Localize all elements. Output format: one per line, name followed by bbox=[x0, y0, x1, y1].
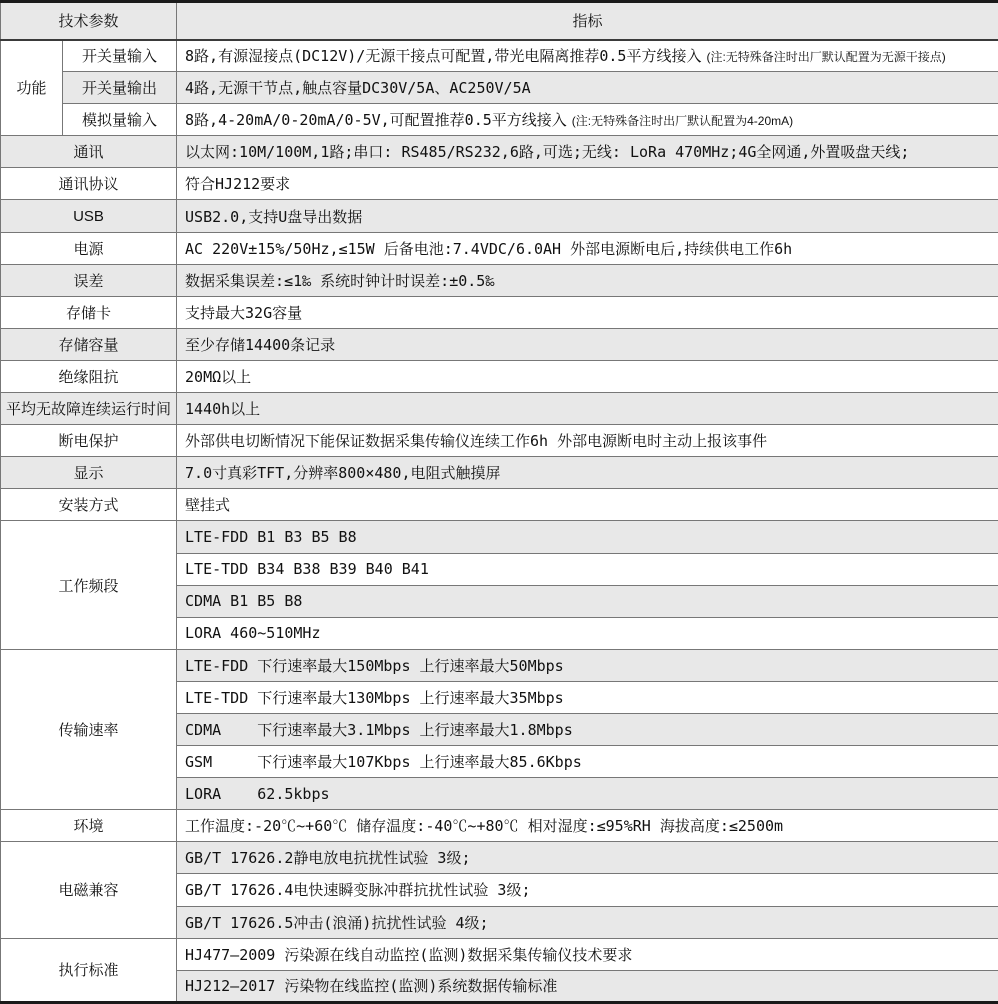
row-value: HJ212—2017 污染物在线监控(监测)系统数据传输标准 bbox=[185, 977, 557, 995]
row-value-cell: LORA 460~510MHz bbox=[177, 617, 998, 649]
row-value-cell: 以太网:10M/100M,1路;串口: RS485/RS232,6路,可选;无线… bbox=[177, 136, 998, 168]
row-sublabel: 开关量输出 bbox=[63, 72, 177, 104]
row-value: GB/T 17626.2静电放电抗扰性试验 3级; bbox=[185, 849, 470, 867]
row-value: USB2.0,支持U盘导出数据 bbox=[185, 208, 362, 226]
header-row: 技术参数 指标 bbox=[1, 2, 998, 40]
row-value-cell: GB/T 17626.5冲击(浪涌)抗扰性试验 4级; bbox=[177, 906, 998, 938]
row-label: 平均无故障连续运行时间 bbox=[1, 393, 177, 425]
table-row: 平均无故障连续运行时间 1440h以上 bbox=[1, 393, 998, 425]
row-group-label-speed: 传输速率 bbox=[1, 649, 177, 809]
row-value: 壁挂式 bbox=[185, 496, 230, 514]
row-value: LTE-FDD 下行速率最大150Mbps 上行速率最大50Mbps bbox=[185, 657, 564, 675]
row-value: 数据采集误差:≤1‰ 系统时钟计时误差:±0.5‰ bbox=[185, 272, 494, 290]
row-label: USB bbox=[1, 200, 177, 232]
row-value-cell: 4路,无源干节点,触点容量DC30V/5A、AC250V/5A bbox=[177, 72, 998, 104]
row-note: (注:无特殊备注时出厂默认配置为4-20mA) bbox=[572, 114, 793, 128]
row-value: 以太网:10M/100M,1路;串口: RS485/RS232,6路,可选;无线… bbox=[185, 143, 909, 161]
col-header-value: 指标 bbox=[177, 2, 998, 40]
row-label: 通讯协议 bbox=[1, 168, 177, 200]
table-row: 断电保护 外部供电切断情况下能保证数据采集传输仪连续工作6h 外部电源断电时主动… bbox=[1, 425, 998, 457]
table-row: 误差 数据采集误差:≤1‰ 系统时钟计时误差:±0.5‰ bbox=[1, 264, 998, 296]
row-value-cell: 工作温度:-20℃~+60℃ 储存温度:-40℃~+80℃ 相对湿度:≤95%R… bbox=[177, 810, 998, 842]
row-note: (注:无特殊备注时出厂默认配置为无源干接点) bbox=[706, 50, 945, 64]
row-value-cell: CDMA B1 B5 B8 bbox=[177, 585, 998, 617]
table-row: 显示 7.0寸真彩TFT,分辨率800×480,电阻式触摸屏 bbox=[1, 457, 998, 489]
row-value-cell: 20MΩ以上 bbox=[177, 360, 998, 392]
table-row: 存储卡 支持最大32G容量 bbox=[1, 296, 998, 328]
row-value: AC 220V±15%/50Hz,≤15W 后备电池:7.4VDC/6.0AH … bbox=[185, 240, 792, 258]
table-row: 通讯 以太网:10M/100M,1路;串口: RS485/RS232,6路,可选… bbox=[1, 136, 998, 168]
table-row: 功能 开关量输入 8路,有源湿接点(DC12V)/无源干接点可配置,带光电隔离推… bbox=[1, 40, 998, 72]
row-value-cell: AC 220V±15%/50Hz,≤15W 后备电池:7.4VDC/6.0AH … bbox=[177, 232, 998, 264]
row-value: HJ477—2009 污染源在线自动监控(监测)数据采集传输仪技术要求 bbox=[185, 946, 632, 964]
row-label: 环境 bbox=[1, 810, 177, 842]
row-value-cell: 外部供电切断情况下能保证数据采集传输仪连续工作6h 外部电源断电时主动上报该事件 bbox=[177, 425, 998, 457]
table-row: 环境 工作温度:-20℃~+60℃ 储存温度:-40℃~+80℃ 相对湿度:≤9… bbox=[1, 810, 998, 842]
row-value-cell: LTE-FDD B1 B3 B5 B8 bbox=[177, 521, 998, 553]
row-value: LTE-TDD B34 B38 B39 B40 B41 bbox=[185, 560, 429, 578]
row-label: 存储卡 bbox=[1, 296, 177, 328]
row-value: 工作温度:-20℃~+60℃ 储存温度:-40℃~+80℃ 相对湿度:≤95%R… bbox=[185, 817, 783, 835]
row-value: GSM 下行速率最大107Kbps 上行速率最大85.6Kbps bbox=[185, 753, 582, 771]
table-row: 传输速率 LTE-FDD 下行速率最大150Mbps 上行速率最大50Mbps bbox=[1, 649, 998, 681]
row-value: GB/T 17626.5冲击(浪涌)抗扰性试验 4级; bbox=[185, 914, 489, 932]
row-value: 4路,无源干节点,触点容量DC30V/5A、AC250V/5A bbox=[185, 79, 531, 97]
row-value-cell: 1440h以上 bbox=[177, 393, 998, 425]
row-sublabel: 模拟量输入 bbox=[63, 104, 177, 136]
row-value-cell: 数据采集误差:≤1‰ 系统时钟计时误差:±0.5‰ bbox=[177, 264, 998, 296]
row-label: 误差 bbox=[1, 264, 177, 296]
row-value-cell: 壁挂式 bbox=[177, 489, 998, 521]
table-row: 通讯协议 符合HJ212要求 bbox=[1, 168, 998, 200]
row-value-cell: GB/T 17626.4电快速瞬变脉冲群抗扰性试验 3级; bbox=[177, 874, 998, 906]
spec-table: 技术参数 指标 功能 开关量输入 8路,有源湿接点(DC12V)/无源干接点可配… bbox=[0, 0, 998, 1004]
row-value: LTE-TDD 下行速率最大130Mbps 上行速率最大35Mbps bbox=[185, 689, 564, 707]
row-label: 安装方式 bbox=[1, 489, 177, 521]
row-value-cell: GSM 下行速率最大107Kbps 上行速率最大85.6Kbps bbox=[177, 746, 998, 778]
table-row: 安装方式 壁挂式 bbox=[1, 489, 998, 521]
table-row: 开关量输出 4路,无源干节点,触点容量DC30V/5A、AC250V/5A bbox=[1, 72, 998, 104]
row-group-label-std: 执行标准 bbox=[1, 938, 177, 1002]
row-label: 电源 bbox=[1, 232, 177, 264]
row-value: 20MΩ以上 bbox=[185, 368, 251, 386]
row-value-cell: HJ212—2017 污染物在线监控(监测)系统数据传输标准 bbox=[177, 970, 998, 1002]
table-row: 电磁兼容 GB/T 17626.2静电放电抗扰性试验 3级; bbox=[1, 842, 998, 874]
row-value: 支持最大32G容量 bbox=[185, 304, 302, 322]
row-value-cell: 至少存储14400条记录 bbox=[177, 328, 998, 360]
row-value-cell: 8路,有源湿接点(DC12V)/无源干接点可配置,带光电隔离推荐0.5平方线接入… bbox=[177, 40, 998, 72]
row-value-cell: USB2.0,支持U盘导出数据 bbox=[177, 200, 998, 232]
table-row: 执行标准 HJ477—2009 污染源在线自动监控(监测)数据采集传输仪技术要求 bbox=[1, 938, 998, 970]
row-value: LTE-FDD B1 B3 B5 B8 bbox=[185, 528, 357, 546]
row-label: 显示 bbox=[1, 457, 177, 489]
row-value: LORA 460~510MHz bbox=[185, 624, 320, 642]
row-label: 存储容量 bbox=[1, 328, 177, 360]
row-value-cell: LTE-TDD B34 B38 B39 B40 B41 bbox=[177, 553, 998, 585]
row-value: 7.0寸真彩TFT,分辨率800×480,电阻式触摸屏 bbox=[185, 464, 500, 482]
row-group-label-freq: 工作频段 bbox=[1, 521, 177, 649]
row-value-cell: LTE-TDD 下行速率最大130Mbps 上行速率最大35Mbps bbox=[177, 681, 998, 713]
row-value-cell: 符合HJ212要求 bbox=[177, 168, 998, 200]
table-row: 工作频段 LTE-FDD B1 B3 B5 B8 bbox=[1, 521, 998, 553]
row-label: 断电保护 bbox=[1, 425, 177, 457]
row-value-cell: 支持最大32G容量 bbox=[177, 296, 998, 328]
row-value: 8路,4-20mA/0-20mA/0-5V,可配置推荐0.5平方线接入 bbox=[185, 111, 567, 129]
row-value-cell: 7.0寸真彩TFT,分辨率800×480,电阻式触摸屏 bbox=[177, 457, 998, 489]
row-value-cell: HJ477—2009 污染源在线自动监控(监测)数据采集传输仪技术要求 bbox=[177, 938, 998, 970]
row-value: 外部供电切断情况下能保证数据采集传输仪连续工作6h 外部电源断电时主动上报该事件 bbox=[185, 432, 767, 450]
table-row: 模拟量输入 8路,4-20mA/0-20mA/0-5V,可配置推荐0.5平方线接… bbox=[1, 104, 998, 136]
row-value: 1440h以上 bbox=[185, 400, 260, 418]
row-value-cell: LTE-FDD 下行速率最大150Mbps 上行速率最大50Mbps bbox=[177, 649, 998, 681]
row-value: 符合HJ212要求 bbox=[185, 175, 290, 193]
row-group-label-func: 功能 bbox=[1, 40, 63, 136]
row-value: 8路,有源湿接点(DC12V)/无源干接点可配置,带光电隔离推荐0.5平方线接入 bbox=[185, 47, 701, 65]
table-row: 电源 AC 220V±15%/50Hz,≤15W 后备电池:7.4VDC/6.0… bbox=[1, 232, 998, 264]
row-label: 通讯 bbox=[1, 136, 177, 168]
row-value: CDMA 下行速率最大3.1Mbps 上行速率最大1.8Mbps bbox=[185, 721, 573, 739]
row-value-cell: CDMA 下行速率最大3.1Mbps 上行速率最大1.8Mbps bbox=[177, 713, 998, 745]
table-row: 绝缘阻抗 20MΩ以上 bbox=[1, 360, 998, 392]
col-header-param: 技术参数 bbox=[1, 2, 177, 40]
row-sublabel: 开关量输入 bbox=[63, 40, 177, 72]
row-value-cell: GB/T 17626.2静电放电抗扰性试验 3级; bbox=[177, 842, 998, 874]
row-value: LORA 62.5kbps bbox=[185, 785, 330, 803]
row-value-cell: 8路,4-20mA/0-20mA/0-5V,可配置推荐0.5平方线接入(注:无特… bbox=[177, 104, 998, 136]
table-row: 存储容量 至少存储14400条记录 bbox=[1, 328, 998, 360]
row-value-cell: LORA 62.5kbps bbox=[177, 778, 998, 810]
table-row: USB USB2.0,支持U盘导出数据 bbox=[1, 200, 998, 232]
row-value: CDMA B1 B5 B8 bbox=[185, 592, 302, 610]
row-value: 至少存储14400条记录 bbox=[185, 336, 335, 354]
row-group-label-emc: 电磁兼容 bbox=[1, 842, 177, 938]
row-label: 绝缘阻抗 bbox=[1, 360, 177, 392]
row-value: GB/T 17626.4电快速瞬变脉冲群抗扰性试验 3级; bbox=[185, 881, 530, 899]
